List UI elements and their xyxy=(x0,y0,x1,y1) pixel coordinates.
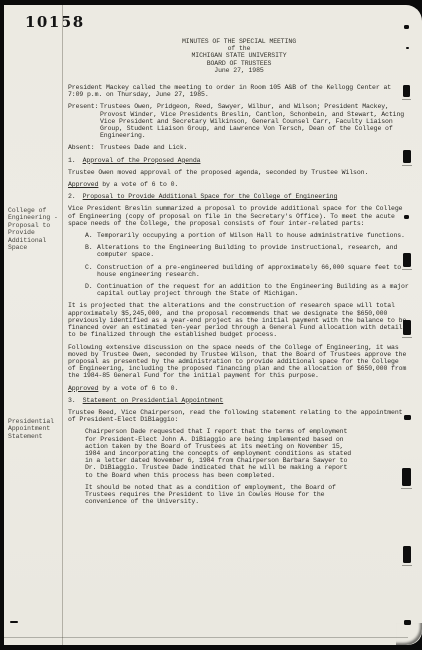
part-b-text: Alterations to the Engineering Building … xyxy=(97,244,397,258)
scan-artifact xyxy=(402,468,411,486)
agenda-item-3-number: 3. xyxy=(68,397,76,404)
agenda-item-1-title: Approval of the Proposed Agenda xyxy=(83,157,201,164)
statement-quote-paragraph-2: It should be noted that as a condition o… xyxy=(85,484,353,506)
scan-artifact xyxy=(404,25,409,29)
document-page: 10158 College of Engineering - Proposal … xyxy=(4,5,422,645)
agenda-item-1-heading: 1.Approval of the Proposed Agenda xyxy=(68,157,410,164)
cost-projection-paragraph: It is projected that the alterations and… xyxy=(68,302,410,338)
scan-background: 10158 College of Engineering - Proposal … xyxy=(0,0,422,650)
attendance-present: Present: Trustees Owen, Pridgeon, Reed, … xyxy=(68,103,410,139)
proposal-part-b: B. Alterations to the Engineering Buildi… xyxy=(68,244,410,258)
attendance-absent: Absent: Trustees Dade and Lick. xyxy=(68,144,410,151)
page-corner-shadow xyxy=(396,623,422,645)
margin-note-presidential: Presidential Appointment Statement xyxy=(8,418,60,440)
scan-artifact xyxy=(406,47,409,49)
scan-artifact xyxy=(404,215,409,219)
agenda-item-2-heading: 2.Proposal to Provide Additional Space f… xyxy=(68,193,410,200)
part-c-label: C. xyxy=(85,264,93,271)
scan-artifact xyxy=(403,546,411,563)
approval-vote: by a vote of 6 to 0. xyxy=(98,385,178,392)
agenda-item-2-intro: Vice President Breslin summarized a prop… xyxy=(68,205,410,227)
agenda-item-2-number: 2. xyxy=(68,193,76,200)
margin-note-engineering: College of Engineering - Proposal to Pro… xyxy=(8,207,60,251)
agenda-item-2-approval: Approved by a vote of 6 to 0. xyxy=(68,385,410,392)
part-a-label: A. xyxy=(85,232,93,239)
margin-divider-line xyxy=(62,5,63,645)
document-body: MINUTES OF THE SPECIAL MEETING of the MI… xyxy=(68,38,410,505)
agenda-item-3-heading: 3.Statement on Presidential Appointment xyxy=(68,397,410,404)
present-names: Trustees Owen, Pridgeon, Reed, Sawyer, W… xyxy=(100,103,404,139)
organization-name: MICHIGAN STATE UNIVERSITY xyxy=(68,52,410,59)
page-bottom-edge xyxy=(4,637,408,638)
part-b-label: B. xyxy=(85,244,93,251)
meeting-date: June 27, 1985 xyxy=(68,67,410,74)
document-title: MINUTES OF THE SPECIAL MEETING xyxy=(68,38,410,45)
document-subtitle-of-the: of the xyxy=(68,45,410,52)
document-header: MINUTES OF THE SPECIAL MEETING of the MI… xyxy=(68,38,410,74)
scan-artifact xyxy=(404,415,411,420)
scan-artifact xyxy=(403,320,411,335)
absent-label: Absent: xyxy=(68,144,95,151)
agenda-item-3-title: Statement on Presidential Appointment xyxy=(83,397,224,404)
present-label: Present: xyxy=(68,103,98,110)
part-a-text: Temporarily occupying a portion of Wilso… xyxy=(97,232,405,239)
agenda-item-1-approval: Approved by a vote of 6 to 0. xyxy=(68,181,410,188)
scan-artifact xyxy=(403,253,411,267)
agenda-item-2-motion: Following extensive discussion on the sp… xyxy=(68,344,410,380)
opening-paragraph: President Mackey called the meeting to o… xyxy=(68,84,410,98)
agenda-item-1-motion: Trustee Owen moved approval of the propo… xyxy=(68,169,410,176)
proposal-part-d: D. Continuation of the request for an ad… xyxy=(68,283,410,297)
scan-artifact xyxy=(10,621,18,623)
page-number: 10158 xyxy=(25,13,85,31)
part-c-text: Construction of a pre-engineered buildin… xyxy=(97,264,401,278)
scan-artifact xyxy=(403,150,411,163)
proposal-part-c: C. Construction of a pre-engineered buil… xyxy=(68,264,410,278)
part-d-text: Continuation of the request for an addit… xyxy=(97,283,409,297)
agenda-item-3-intro: Trustee Reed, Vice Chairperson, read the… xyxy=(68,409,410,423)
board-name: BOARD OF TRUSTEES xyxy=(68,60,410,67)
approved-word: Approved xyxy=(68,385,98,392)
part-d-label: D. xyxy=(85,283,93,290)
scan-artifact xyxy=(403,85,410,97)
absent-names: Trustees Dade and Lick. xyxy=(100,144,187,151)
approved-word: Approved xyxy=(68,181,98,188)
proposal-part-a: A. Temporarily occupying a portion of Wi… xyxy=(68,232,410,239)
statement-quote-paragraph-1: Chairperson Dade requested that I report… xyxy=(85,428,353,478)
agenda-item-1-number: 1. xyxy=(68,157,76,164)
approval-vote: by a vote of 6 to 0. xyxy=(98,181,178,188)
agenda-item-2-title: Proposal to Provide Additional Space for… xyxy=(83,193,338,200)
